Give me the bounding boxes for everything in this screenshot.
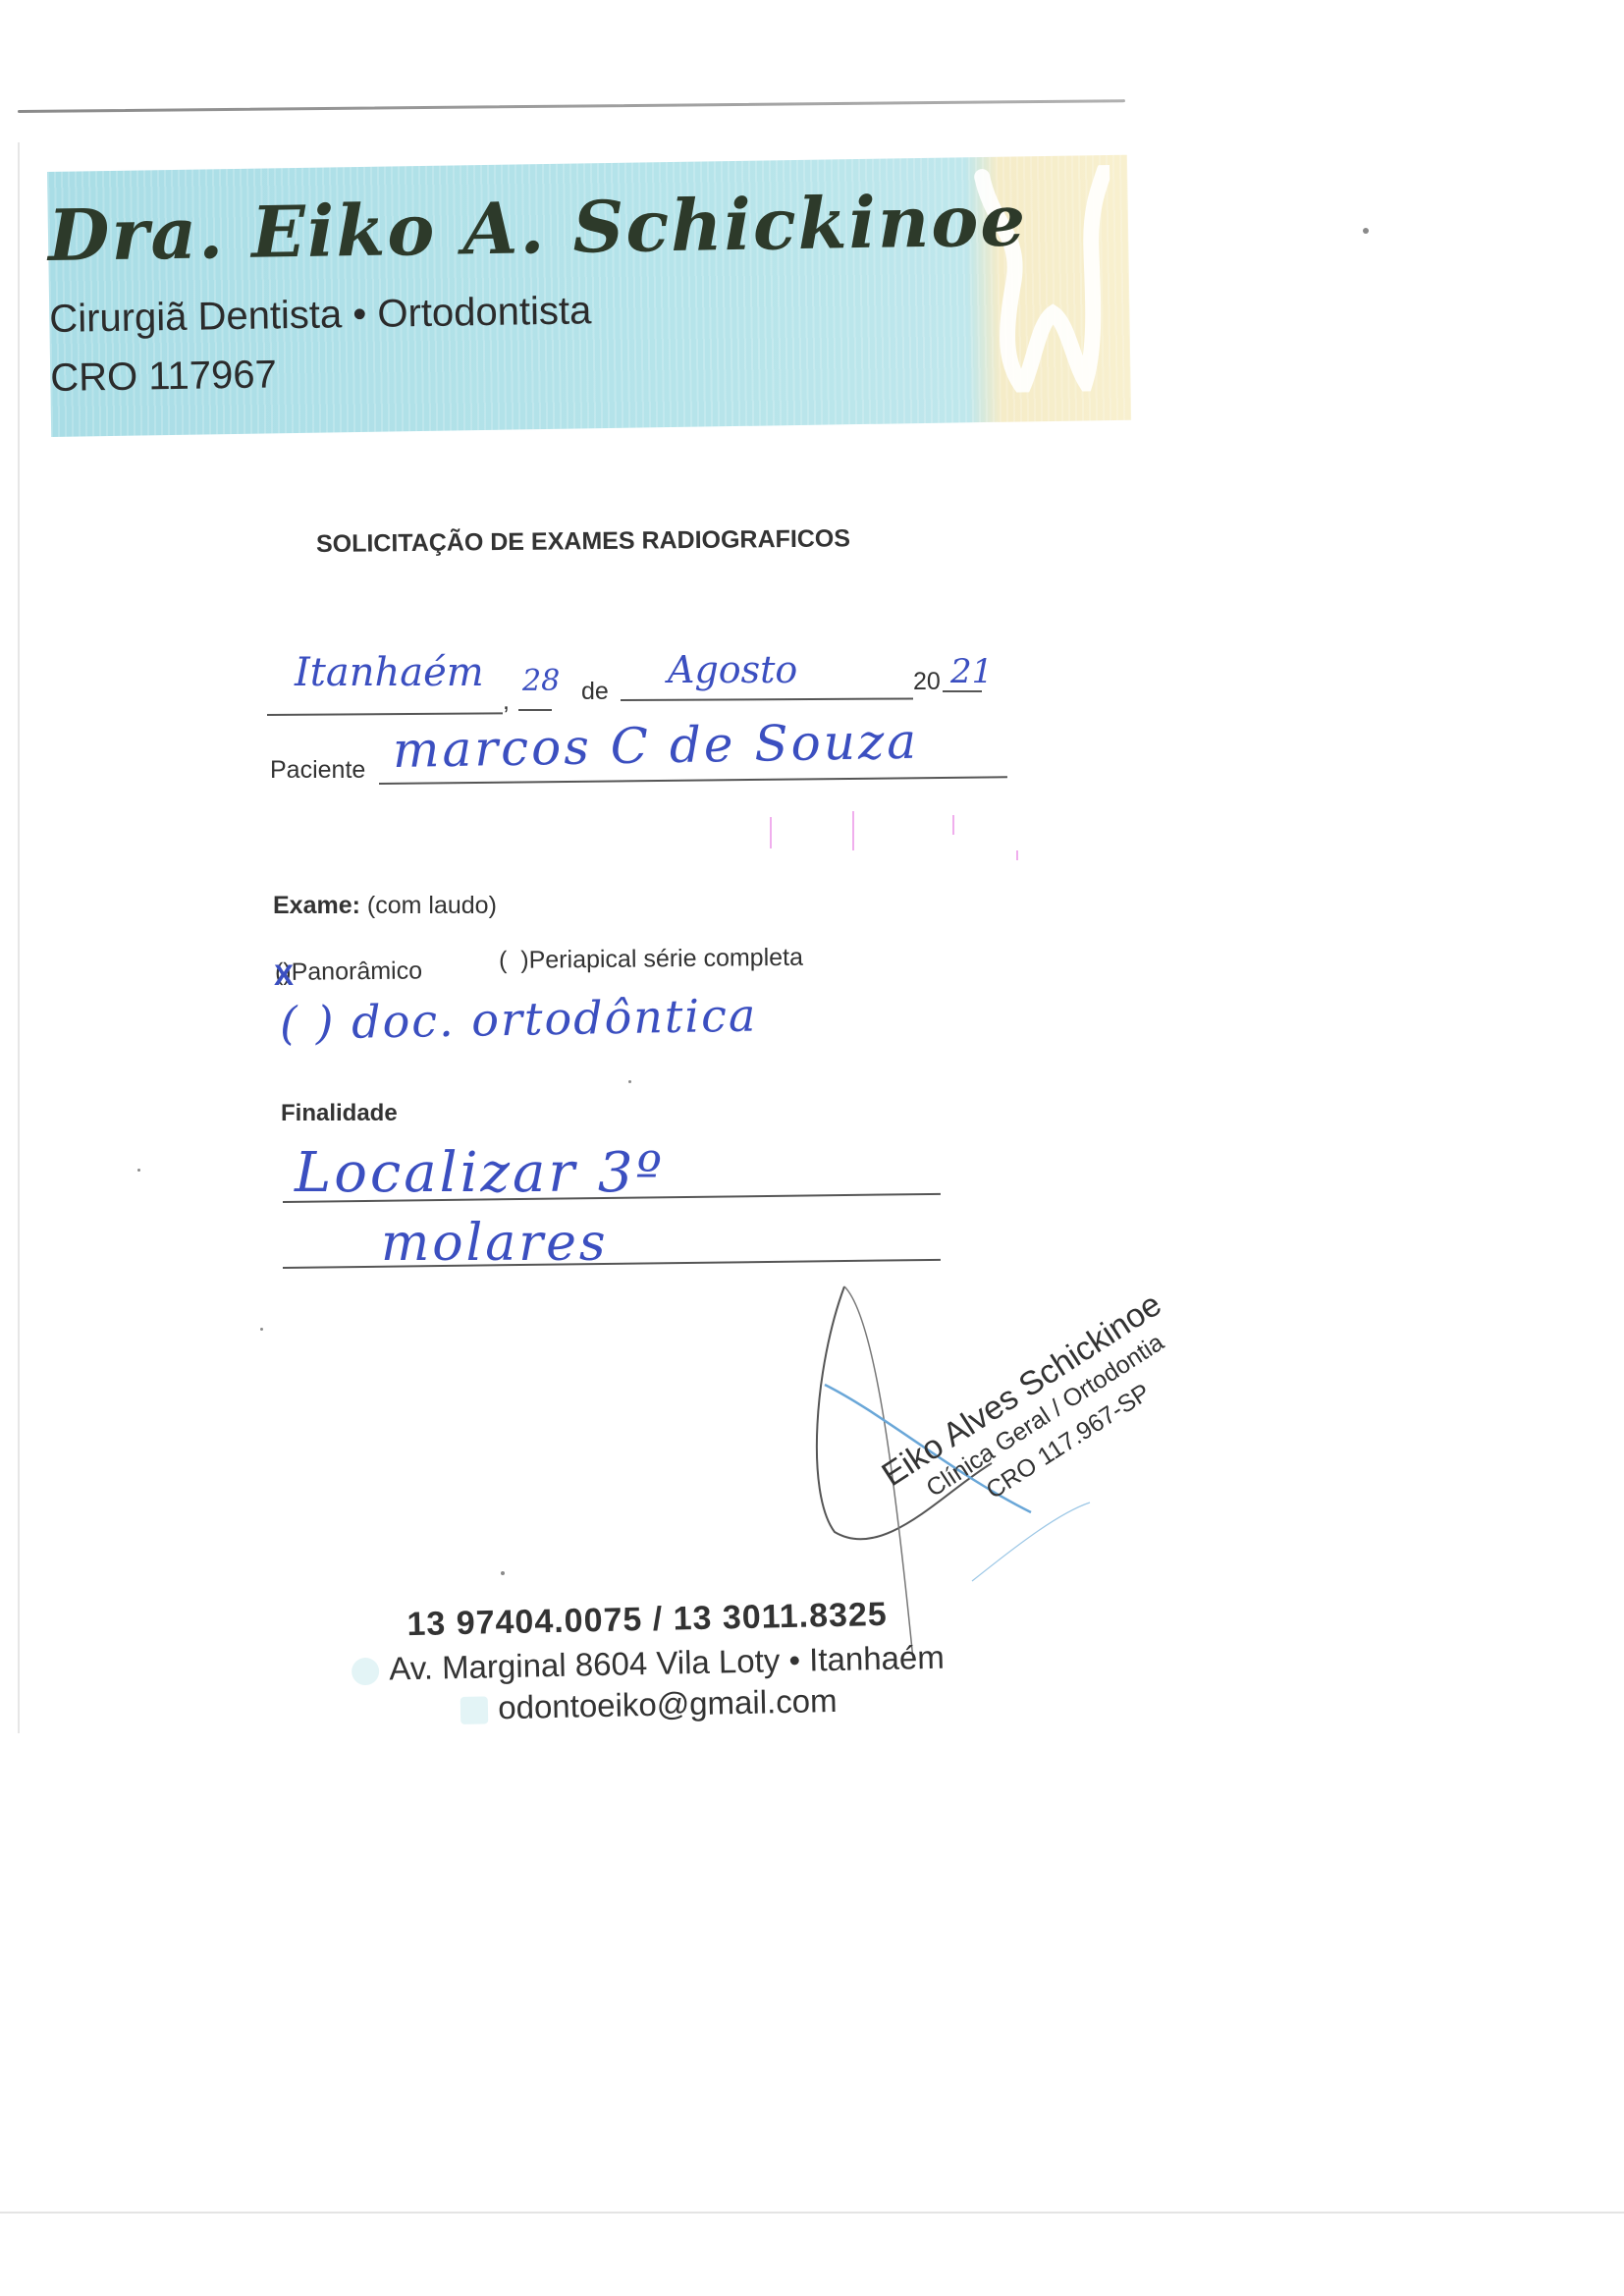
comma-separator: , — [503, 687, 510, 716]
option-label: Periapical série completa — [529, 944, 804, 974]
purpose-label: Finalidade — [281, 1100, 398, 1127]
footer-email: odontoeiko@gmail.com — [498, 1682, 838, 1725]
exam-label: Exame: (com laudo) — [273, 892, 497, 920]
purpose-handwritten-line-2: molares — [381, 1214, 609, 1273]
checkbox-open-paren: ( — [499, 947, 508, 974]
de-label: de — [581, 678, 609, 706]
year-prefix: 20 — [913, 668, 941, 696]
doctor-stamp: Eiko Alves Schickinoe Clínica Geral / Or… — [746, 1336, 1159, 1611]
footer-contact: 13 97404.0075 / 13 3011.8325 Av. Margina… — [313, 1594, 983, 1730]
month-handwritten: Agosto — [668, 648, 797, 691]
footer-address: Av. Marginal 8604 Vila Loty • Itanhaém — [389, 1639, 945, 1687]
document-title: SOLICITAÇÃO DE EXAMES RADIOGRAFICOS — [316, 524, 850, 559]
city-line — [267, 712, 503, 716]
footer-phones: 13 97404.0075 / 13 3011.8325 — [313, 1594, 982, 1646]
month-line — [621, 697, 913, 701]
patient-line — [379, 776, 1007, 785]
exam-option-panoramico[interactable]: ()Panorâmico — [275, 957, 422, 987]
doctor-cro: CRO 117967 — [50, 353, 277, 401]
checkbox-close-paren: ) — [520, 947, 529, 974]
day-handwritten: 28 — [522, 664, 560, 698]
ink-mark — [852, 811, 854, 850]
ink-mark — [952, 815, 954, 835]
exam-label-text: Exame: — [273, 892, 360, 919]
exam-option-periapical[interactable]: ()Periapical série completa — [499, 944, 803, 975]
exam-handwritten-option: ( ) doc. ortodôntica — [280, 989, 758, 1050]
purpose-handwritten-line-1: Localizar 3º — [295, 1141, 665, 1205]
year-suffix-handwritten: 21 — [950, 652, 993, 691]
day-line — [518, 709, 552, 711]
exam-sublabel: (com laudo) — [367, 892, 497, 919]
paper-bottom-edge — [0, 2212, 1624, 2214]
option-label: Panorâmico — [292, 957, 423, 985]
patient-label: Paciente — [270, 756, 365, 785]
checkmark-x-icon: X — [274, 959, 294, 993]
email-icon — [460, 1697, 489, 1725]
letterhead: Dra. Eiko A. Schickinoe Cirurgiã Dentist… — [47, 155, 1131, 437]
city-handwritten: Itanhaém — [295, 650, 484, 695]
doctor-specialty: Cirurgiã Dentista • Ortodontista — [49, 289, 592, 342]
ink-mark — [770, 817, 772, 848]
paper-top-edge — [18, 99, 1125, 113]
paper-left-edge — [18, 142, 20, 1733]
location-icon — [352, 1658, 380, 1686]
patient-name-handwritten: marcos C de Souza — [392, 713, 919, 779]
doctor-name: Dra. Eiko A. Schickinoe — [47, 178, 1027, 277]
ink-mark — [1016, 850, 1018, 860]
